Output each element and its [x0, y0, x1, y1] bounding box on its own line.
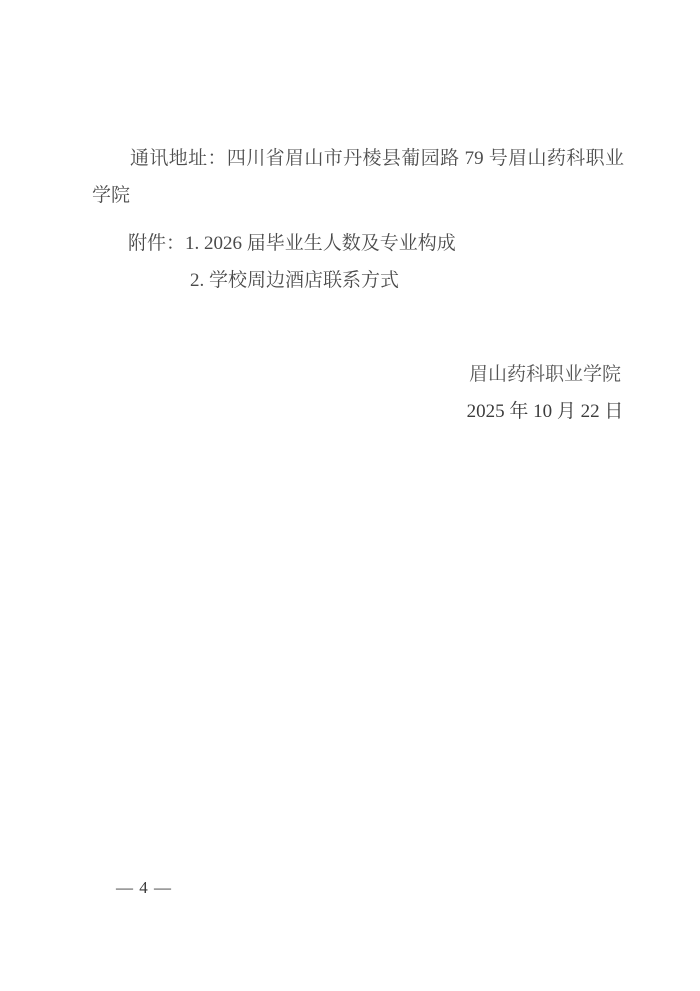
- attachment-item-1: 1. 2026 届毕业生人数及专业构成: [185, 233, 456, 254]
- attachments-label: 附件：: [128, 233, 185, 254]
- page-number: — 4 —: [116, 876, 172, 900]
- attachments-line-1: 附件：1. 2026 届毕业生人数及专业构成: [128, 225, 456, 262]
- document-page: 通讯地址：四川省眉山市丹棱县葡园路 79 号眉山药科职业学院 附件：1. 202…: [0, 0, 700, 991]
- signature-block: 眉山药科职业学院 2025 年 10 月 22 日: [425, 356, 665, 430]
- address-paragraph: 通讯地址：四川省眉山市丹棱县葡园路 79 号眉山药科职业学院: [92, 140, 624, 214]
- attachment-item-2: 2. 学校周边酒店联系方式: [190, 262, 399, 299]
- signature-date: 2025 年 10 月 22 日: [425, 393, 665, 430]
- signature-organization: 眉山药科职业学院: [425, 356, 665, 393]
